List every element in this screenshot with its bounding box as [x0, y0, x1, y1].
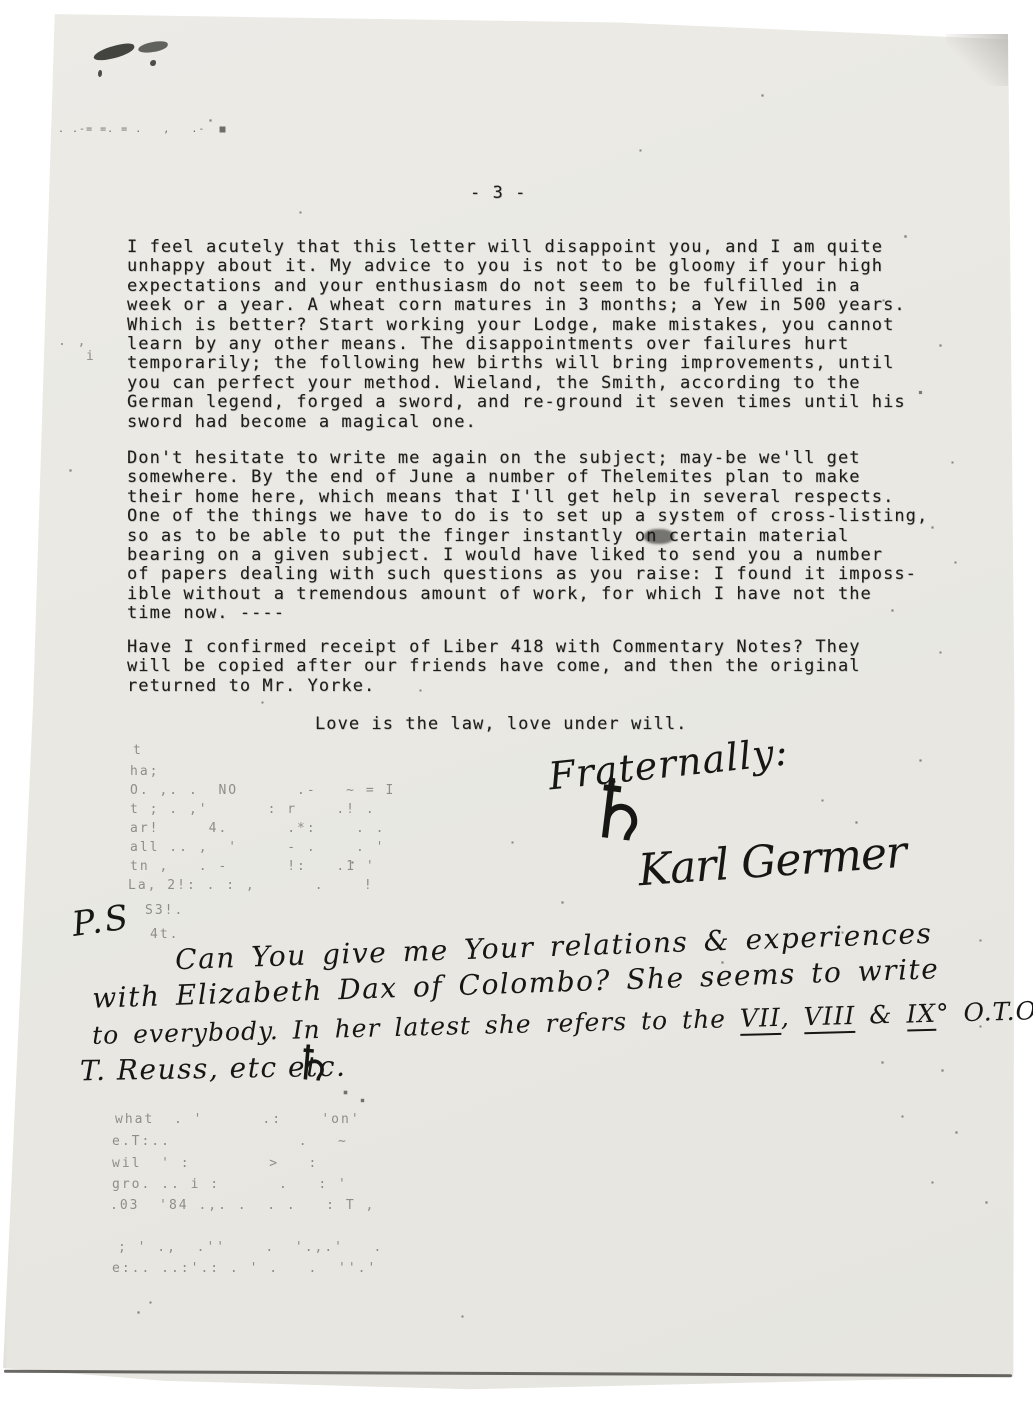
ghost-text-fragment: ; ' ., .'' . '.,.' .	[118, 1240, 383, 1255]
folded-corner-shadow	[946, 34, 1008, 86]
scanned-letter-page: - 3 - I feel acutely that this letter wi…	[0, 0, 1033, 1409]
thelemic-salutation: Love is the law, love under will.	[315, 715, 687, 734]
ghost-text-fragment: O. ,. . NO .- ~ = I	[130, 783, 395, 798]
ghost-text-fragment: ha;	[130, 764, 159, 779]
ghost-text-fragment: . .-= =. = . , .- ■	[58, 124, 227, 135]
ghost-text-fragment: ar! 4. .*: . .	[130, 821, 386, 836]
ghost-text-fragment: La, 2!: . : , . !	[128, 878, 374, 893]
ghost-text-fragment: 4t.	[150, 927, 179, 942]
ps-line3-sep2: &	[855, 1000, 907, 1030]
ghost-text-fragment: gro. .. i : . : '	[112, 1177, 348, 1192]
degree-eight: VIII	[803, 1001, 856, 1034]
ps-line3-suffix: ° O.T.O.!!!	[936, 995, 1033, 1028]
ghost-text-fragment: tn , . - !: .1 '	[130, 859, 376, 874]
ghost-text-fragment: t	[133, 743, 143, 758]
ghost-text-fragment: all .. , ' - . . '	[130, 840, 386, 855]
ghost-text-fragment: . ,	[58, 334, 87, 349]
ghost-text-fragment: t ; . ,' : r .! .	[130, 802, 376, 817]
letter-paragraph-2: Don't hesitate to write me again on the …	[127, 449, 928, 624]
degree-seven: VII	[740, 1003, 782, 1036]
ghost-text-fragment: e.T:.. . ~	[112, 1134, 348, 1149]
degree-nine: IX	[906, 999, 937, 1032]
ghost-text-fragment: S3!.	[145, 903, 184, 918]
ghost-text-fragment: i	[86, 349, 96, 364]
ghost-text-fragment: e:.. ..:'.: . ' . . ''.'	[112, 1261, 377, 1276]
letter-paragraph-1: I feel acutely that this letter will dis…	[127, 238, 906, 432]
ghost-text-fragment: wil ' : > :	[112, 1156, 318, 1171]
ghost-text-fragment: what . ' .: 'on'	[115, 1112, 361, 1127]
ps-line3-sep1: ,	[780, 1002, 804, 1032]
page-number: - 3 -	[470, 184, 526, 203]
typewriter-overstrike-mark	[644, 529, 674, 544]
ghost-text-fragment: .03 '84 .,. . . . : T ,	[110, 1198, 375, 1213]
ink-specks-texture	[0, 0, 1, 1]
letter-paragraph-3: Have I confirmed receipt of Liber 418 wi…	[127, 638, 861, 696]
postscript-label: P.S	[70, 897, 134, 945]
saturn-sigil-icon: ♄	[290, 1034, 338, 1094]
